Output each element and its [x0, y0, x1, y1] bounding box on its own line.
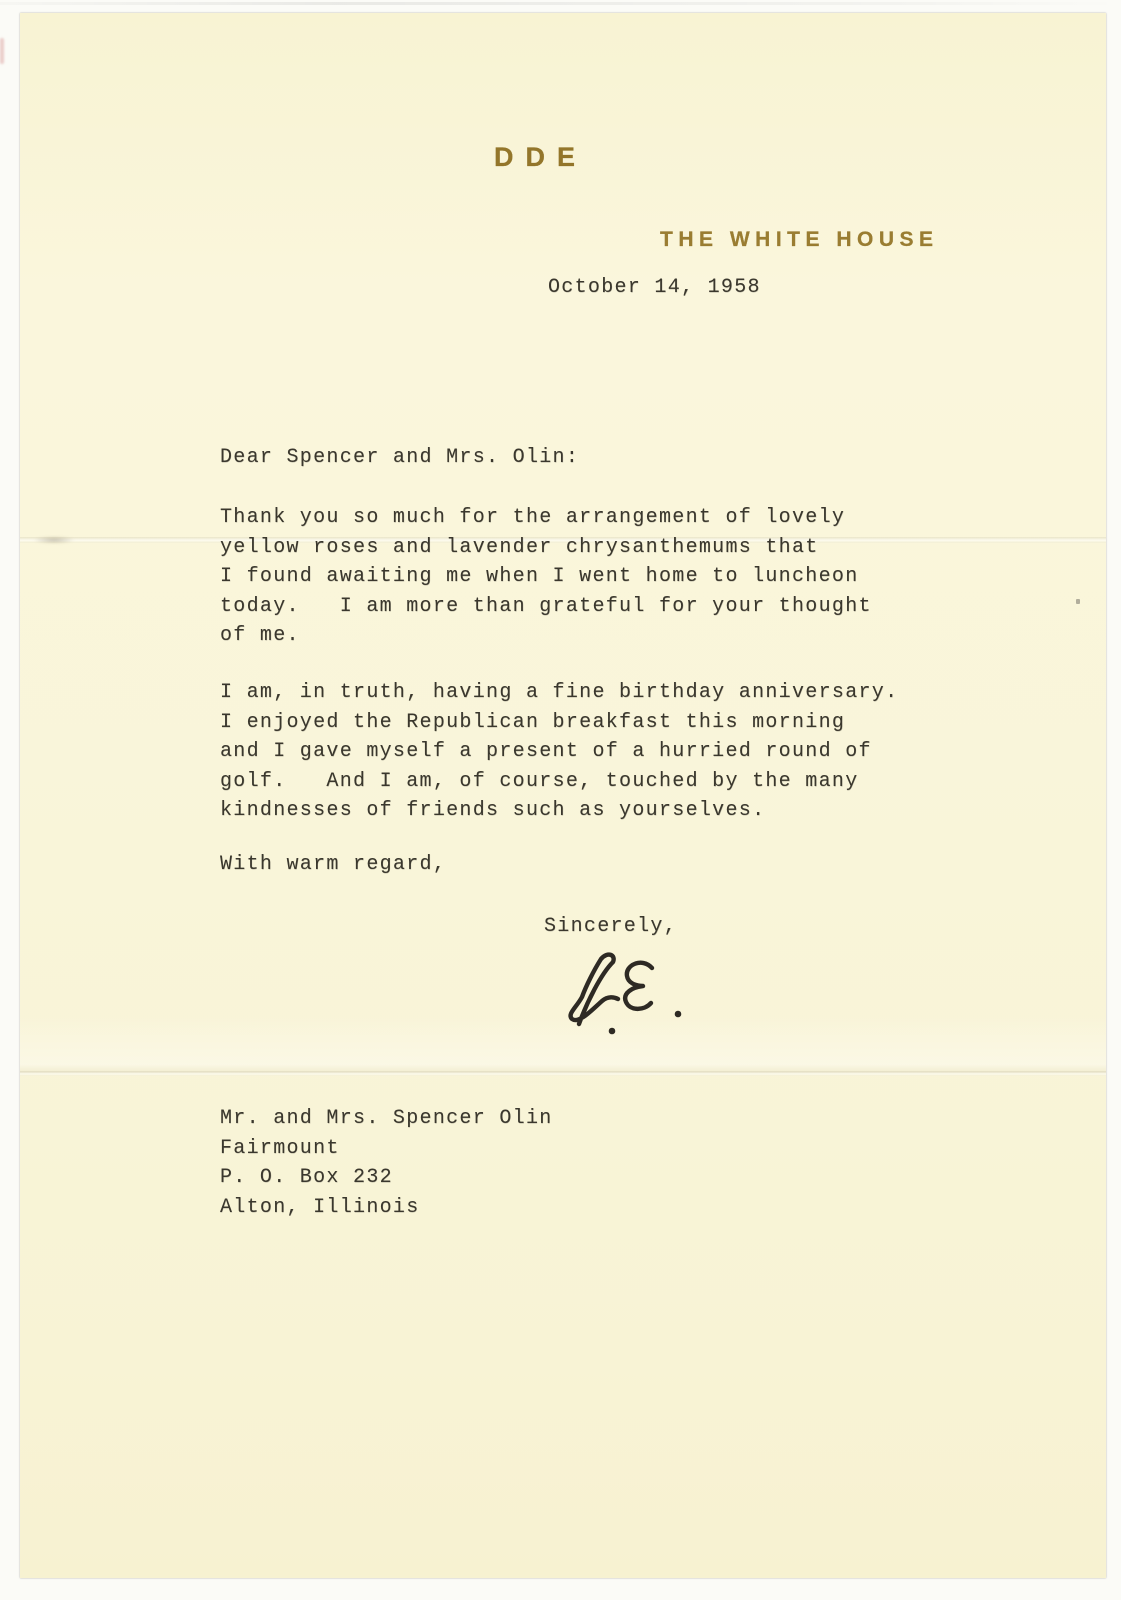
valediction-line: Sincerely, [544, 912, 677, 942]
letterhead-title: THE WHITE HOUSE [660, 228, 939, 252]
fold-crease-smudge [28, 535, 80, 545]
body-paragraph-2: I am, in truth, having a fine birthday a… [220, 678, 898, 826]
paper-speck [1076, 599, 1080, 604]
recipient-address-block: Mr. and Mrs. Spencer Olin Fairmount P. O… [220, 1104, 553, 1222]
closing-line: With warm regard, [220, 850, 446, 880]
signature-handwritten-initials [556, 948, 696, 1038]
scanned-letter: DDE THE WHITE HOUSE October 14, 1958 Dea… [0, 0, 1121, 1600]
monogram-dde: DDE [494, 142, 587, 173]
letter-date: October 14, 1958 [548, 273, 761, 303]
fold-crease-lower [20, 1071, 1106, 1076]
body-paragraph-1: Thank you so much for the arrangement of… [220, 503, 872, 651]
letter-paper: DDE THE WHITE HOUSE October 14, 1958 Dea… [20, 13, 1106, 1578]
greeting-line: Dear Spencer and Mrs. Olin: [220, 443, 579, 473]
scan-edge-mark [0, 38, 4, 64]
scanner-edge-streak [0, 2, 1121, 5]
